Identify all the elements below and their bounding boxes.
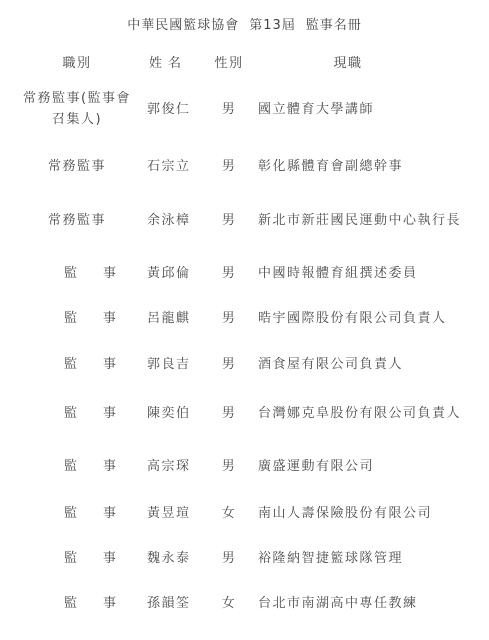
gender-cell: 男 xyxy=(214,547,244,566)
table-row: 常務監事 余泳樟 男 新北市新莊國民運動中心執行長 xyxy=(0,209,489,229)
role-line-1: 常務監事(監事會 xyxy=(14,88,140,109)
occupation-cell: 台灣娜克阜股份有限公司負責人 xyxy=(258,402,488,421)
name-cell: 石宗立 xyxy=(147,155,207,174)
gender-cell: 男 xyxy=(214,209,244,228)
role-line-2: 召集人) xyxy=(14,109,140,130)
name-cell: 孫韻筌 xyxy=(147,592,207,611)
gender-cell: 男 xyxy=(214,455,244,474)
header-gender: 性別 xyxy=(214,52,244,71)
document-title: 中華民國籃球協會第13屆監事名冊 xyxy=(0,14,489,33)
header-role: 職別 xyxy=(14,52,140,71)
name-cell: 黃邱倫 xyxy=(147,262,207,281)
role-cell: 監事 xyxy=(14,592,166,611)
occupation-cell: 裕隆納智捷籃球隊管理 xyxy=(258,547,488,566)
role-cell: 監事 xyxy=(14,547,166,566)
table-row: 監事 黃昱瑄 女 南山人壽保險股份有限公司 xyxy=(0,502,489,522)
gender-cell: 女 xyxy=(214,502,244,521)
role-cell: 監事 xyxy=(14,502,166,521)
gender-cell: 男 xyxy=(214,307,244,326)
occupation-cell: 彰化縣體育會副總幹事 xyxy=(258,155,488,174)
name-cell: 陳奕伯 xyxy=(147,402,207,421)
title-term: 第13屆 xyxy=(249,18,296,33)
role-cell: 監事 xyxy=(14,353,166,372)
table-row: 監事 魏永泰 男 裕隆納智捷籃球隊管理 xyxy=(0,547,489,567)
gender-cell: 男 xyxy=(214,353,244,372)
occupation-cell: 中國時報體育組撰述委員 xyxy=(258,262,488,281)
gender-cell: 男 xyxy=(214,402,244,421)
role-cell: 常務監事 xyxy=(14,155,140,174)
table-row: 監事 黃邱倫 男 中國時報體育組撰述委員 xyxy=(0,262,489,282)
name-cell: 黃昱瑄 xyxy=(147,502,207,521)
table-row: 監事 高宗琛 男 廣盛運動有限公司 xyxy=(0,455,489,475)
name-cell: 呂龍麒 xyxy=(147,307,207,326)
occupation-cell: 廣盛運動有限公司 xyxy=(258,455,488,474)
table-row: 監事 孫韻筌 女 台北市南湖高中專任教練 xyxy=(0,592,489,612)
title-organization: 中華民國籃球協會 xyxy=(127,18,239,33)
occupation-cell: 新北市新莊國民運動中心執行長 xyxy=(258,209,488,228)
header-occupation: 現職 xyxy=(258,52,438,71)
role-cell: 常務監事(監事會 召集人) xyxy=(14,88,140,130)
occupation-cell: 酒食屋有限公司負責人 xyxy=(258,353,488,372)
role-cell: 監事 xyxy=(14,402,166,421)
table-row: 常務監事(監事會 召集人) 郭俊仁 男 國立體育大學講師 xyxy=(0,98,489,118)
name-cell: 余泳樟 xyxy=(147,209,207,228)
title-roster: 監事名冊 xyxy=(306,18,362,33)
header-name: 姓名 xyxy=(149,52,209,71)
table-header: 職別 姓名 性別 現職 xyxy=(0,52,489,72)
name-cell: 魏永泰 xyxy=(147,547,207,566)
name-cell: 高宗琛 xyxy=(147,455,207,474)
name-cell: 郭良吉 xyxy=(147,353,207,372)
occupation-cell: 國立體育大學講師 xyxy=(258,98,488,117)
occupation-cell: 南山人壽保險股份有限公司 xyxy=(258,502,488,521)
table-row: 常務監事 石宗立 男 彰化縣體育會副總幹事 xyxy=(0,155,489,175)
occupation-cell: 晧宇國際股份有限公司負責人 xyxy=(258,307,488,326)
gender-cell: 男 xyxy=(214,98,244,117)
gender-cell: 男 xyxy=(214,262,244,281)
table-row: 監事 呂龍麒 男 晧宇國際股份有限公司負責人 xyxy=(0,307,489,327)
gender-cell: 女 xyxy=(214,592,244,611)
table-row: 監事 郭良吉 男 酒食屋有限公司負責人 xyxy=(0,353,489,373)
name-cell: 郭俊仁 xyxy=(147,98,207,117)
gender-cell: 男 xyxy=(214,155,244,174)
role-cell: 常務監事 xyxy=(14,209,140,228)
occupation-cell: 台北市南湖高中專任教練 xyxy=(258,592,488,611)
table-row: 監事 陳奕伯 男 台灣娜克阜股份有限公司負責人 xyxy=(0,402,489,422)
role-cell: 監事 xyxy=(14,455,166,474)
role-cell: 監事 xyxy=(14,307,166,326)
role-cell: 監事 xyxy=(14,262,166,281)
